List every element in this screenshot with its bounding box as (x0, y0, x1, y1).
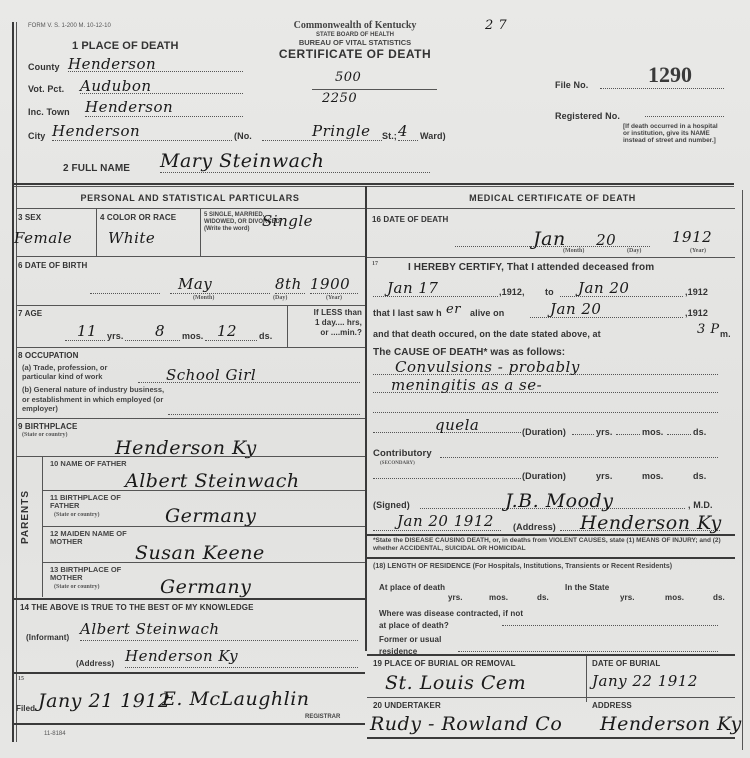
signed-date-value: Jan 20 1912 (397, 512, 494, 530)
ward-value: 4 (398, 122, 408, 140)
row-line (42, 490, 365, 491)
occupation-a-label: (a) Trade, profession, or particular kin… (22, 363, 137, 381)
row-line (367, 257, 735, 258)
medical-heading: MEDICAL CERTIFICATE OF DEATH (370, 193, 735, 203)
death-year-value: 1912 (672, 228, 712, 246)
number-divider (312, 89, 437, 90)
stamp-mark: 2 7 (485, 18, 507, 33)
no-label: (No. (234, 131, 252, 141)
dob-year-value: 1900 (310, 275, 350, 293)
father-birthplace-label: 11 BIRTHPLACE OF FATHER (50, 494, 140, 510)
attended-to-field: Jan 20 (560, 279, 683, 297)
cause-line-4-value: quela (435, 416, 479, 434)
informant-heading: 14 THE ABOVE IS TRUE TO THE BEST OF MY K… (20, 603, 254, 612)
color-value: White (108, 229, 155, 247)
occupation-b-label: (b) General nature of industry business,… (22, 385, 172, 414)
informant-address-label: (Address) (76, 659, 114, 668)
left-border-inner (16, 22, 17, 742)
less-than-line3: or ....min.? (292, 328, 362, 338)
father-birthplace-value: Germany (165, 505, 256, 527)
to-label: to (545, 287, 554, 297)
row-line (16, 305, 365, 306)
registered-no-field (645, 106, 724, 117)
less-than-line2: 1 day.... hrs, (292, 318, 362, 328)
inc-town-field: Henderson (85, 98, 243, 117)
county-label: County (28, 62, 60, 72)
year-caption: (Year) (326, 295, 342, 301)
death-certificate: FORM V. S. 1-200 M. 10-12-10 Commonwealt… (0, 0, 750, 758)
full-name-value: Mary Steinwach (160, 150, 324, 172)
right-border (742, 190, 743, 750)
cause-line-3 (373, 396, 718, 413)
death-year-caption: (Year) (690, 248, 706, 254)
last-saw-date-field: Jan 20 (530, 300, 683, 318)
row-line (42, 562, 365, 563)
cause-yrs: yrs. (596, 427, 612, 437)
ward-label: Ward) (420, 131, 446, 141)
age-days-value: 12 (217, 322, 237, 340)
signed-value: J.B. Moody (505, 490, 613, 512)
informant-address-value: Henderson Ky (125, 647, 238, 665)
residence-in-state: In the State (565, 582, 615, 593)
dur-mos-blank (616, 432, 640, 435)
personal-heading: PERSONAL AND STATISTICAL PARTICULARS (16, 193, 364, 203)
row-line-bold (367, 557, 735, 559)
less-than-box: If LESS than 1 day.... hrs, or ....min.? (292, 308, 362, 338)
file-no-value: 1290 (648, 62, 692, 88)
age-months-value: 8 (155, 322, 165, 340)
informant-label: (Informant) (26, 633, 69, 642)
row-line-bold (367, 737, 735, 739)
occupation-label: 8 OCCUPATION (18, 351, 78, 360)
signed-address-field: Henderson Ky (560, 512, 720, 531)
dur-ds-blank (667, 432, 691, 435)
occupation-b-field (168, 406, 360, 415)
hand-number-bottom: 2250 (322, 91, 357, 106)
vot-pct-field: Audubon (80, 77, 243, 94)
vot-pct-value: Audubon (80, 77, 152, 95)
row-line-bold (14, 672, 365, 674)
col-line (96, 208, 97, 256)
alive-on-label: alive on (470, 308, 504, 318)
bottom-code: 11-8184 (44, 731, 66, 737)
death-day-value: 20 (596, 231, 616, 249)
less-than-line1: If LESS than (292, 308, 362, 318)
filed-date: Jany 21 1912 (38, 690, 171, 712)
place-of-death-heading: 1 PLACE OF DEATH (72, 40, 179, 52)
ward-field: 4 (398, 122, 418, 141)
row-line (16, 208, 365, 209)
dur-yrs-blank (572, 432, 594, 435)
informant-field: Albert Steinwach (80, 620, 358, 641)
mother-birthplace-value: Germany (160, 576, 251, 598)
parents-label: PARENTS (20, 490, 31, 544)
full-name-label: 2 FULL NAME (63, 163, 130, 174)
row-line (367, 697, 735, 698)
cause-line-2-value: meningitis as a se- (391, 376, 542, 394)
residence-at-place: At place of death (379, 582, 449, 593)
last-saw-label: that I last saw h (373, 308, 442, 318)
dob-blank (90, 283, 160, 294)
footnote: *State the DISEASE CAUSING DEATH, or, in… (373, 537, 733, 553)
attended-to-year: ,1912 (685, 287, 708, 297)
death-month-value: Jan (533, 228, 566, 250)
sex-value: Female (14, 229, 72, 247)
sex-label: 3 SEX (18, 213, 41, 222)
attended-from-value: Jan 17 (387, 279, 438, 297)
burial-date-value: Jany 22 1912 (592, 672, 698, 690)
mother-birthplace-sub: (State or country) (54, 584, 100, 590)
death-time-suffix: m. (720, 329, 731, 339)
col-line (287, 305, 288, 347)
death-day-caption: (Day) (627, 248, 641, 254)
signed-date-field: Jan 20 1912 (373, 512, 501, 531)
contributory-line-2 (373, 468, 521, 479)
birthplace-sub: (State or country) (22, 432, 68, 438)
father-name-label: 10 NAME OF FATHER (50, 460, 130, 468)
cause-label: The CAUSE OF DEATH* was as follows: (373, 347, 565, 358)
mother-name-value: Susan Keene (135, 542, 265, 564)
bureau-text: BUREAU OF VITAL STATISTICS (250, 39, 460, 47)
mother-birthplace-label: 13 BIRTHPLACE OF MOTHER (50, 566, 140, 582)
dob-label: 6 DATE OF BIRTH (18, 261, 87, 270)
certify-number: 17 (372, 261, 378, 267)
file-no-label: File No. (555, 80, 588, 90)
col-line (586, 656, 587, 702)
month-caption: (Month) (193, 295, 214, 301)
age-label: 7 AGE (18, 309, 42, 318)
row-line (16, 347, 365, 348)
last-saw-pronoun: er (446, 302, 461, 317)
cause-line-4: quela (373, 416, 521, 433)
informant-value: Albert Steinwach (80, 620, 220, 638)
burial-value: St. Louis Cem (385, 672, 526, 694)
city-field: Henderson (52, 122, 232, 141)
age-years-value: 11 (77, 322, 97, 340)
age-years-field: 11 (65, 322, 105, 341)
death-month-field: Jan 20 (455, 228, 650, 247)
form-number: FORM V. S. 1-200 M. 10-12-10 (28, 23, 111, 29)
res-mos: mos. (489, 593, 508, 602)
undertaker-address-value: Henderson Ky (600, 713, 742, 735)
divider-top-2 (14, 186, 734, 187)
death-month-caption: (Month) (563, 248, 584, 254)
row-line-bold (14, 598, 365, 600)
color-label: 4 COLOR OR RACE (100, 213, 176, 222)
death-time-value: 3 P (697, 322, 720, 337)
hand-number-top: 500 (335, 70, 361, 85)
county-field: Henderson (68, 55, 243, 72)
attended-to-value: Jan 20 (578, 279, 629, 297)
contrib-ds: ds. (693, 471, 706, 481)
row-line-bold (367, 534, 735, 536)
father-name-value: Albert Steinwach (125, 470, 300, 492)
undertaker-label: 20 UNDERTAKER (373, 701, 441, 710)
row-line (16, 456, 365, 457)
state-mos: mos. (665, 593, 684, 602)
dob-month-value: May (178, 275, 212, 293)
burial-label: 19 PLACE OF BURIAL OR REMOVAL (373, 659, 516, 668)
attended-from-year: ,1912, (499, 287, 525, 297)
registered-no-label: Registered No. (555, 111, 620, 121)
undertaker-value: Rudy - Rowland Co (370, 713, 562, 735)
state-ds: ds. (713, 593, 725, 602)
former-residence-field (458, 643, 718, 652)
occupation-a-field: School Girl (138, 366, 360, 383)
signed-label: (Signed) (373, 500, 410, 510)
day-caption: (Day) (273, 295, 287, 301)
street-value: Pringle (312, 122, 371, 140)
dob-month-field: May (170, 275, 270, 294)
residence-label: (18) LENGTH OF RESIDENCE (For Hospitals,… (373, 563, 728, 571)
full-name-field: Mary Steinwach (160, 150, 430, 173)
cause-line-1: Convulsions - probably (373, 358, 718, 375)
date-of-death-label: 16 DATE OF DEATH (372, 215, 448, 224)
county-value: Henderson (68, 55, 156, 73)
row-line-bold (367, 654, 735, 656)
state-yrs: yrs. (620, 593, 635, 602)
marital-value: Single (262, 212, 313, 230)
birthplace-label: 9 BIRTHPLACE (18, 422, 77, 431)
city-label: City (28, 131, 45, 141)
city-value: Henderson (52, 122, 140, 140)
center-divider (365, 186, 367, 651)
attended-from-field: Jan 17 (373, 279, 498, 297)
registrar-label: REGISTRAR (305, 713, 340, 721)
certificate-header: Commonwealth of Kentucky STATE BOARD OF … (250, 20, 460, 61)
cause-line-2: meningitis as a se- (373, 376, 718, 393)
informant-address-field: Henderson Ky (125, 647, 358, 668)
last-saw-year: ,1912 (685, 308, 708, 318)
md-suffix: , M.D. (688, 500, 713, 510)
inc-town-label: Inc. Town (28, 107, 70, 117)
dob-day-value: 8th (275, 275, 302, 293)
vot-pct-label: Vot. Pct. (28, 84, 64, 94)
mos-caption: mos. (182, 331, 203, 341)
left-border (12, 22, 14, 742)
filed-label: Filed (16, 704, 35, 713)
commonwealth-text: Commonwealth of Kentucky (250, 20, 460, 31)
hospital-note: [If death occurred in a hospital or inst… (623, 123, 725, 144)
ds-caption: ds. (259, 331, 272, 341)
father-birthplace-sub: (State or country) (54, 512, 100, 518)
registrar-name: E. McLaughlin (162, 688, 310, 710)
filed-number: 15 (18, 676, 24, 682)
signed-address-value: Henderson Ky (580, 512, 722, 534)
contributory-label: Contributory (373, 448, 432, 459)
occupation-a-value: School Girl (166, 366, 256, 384)
signed-field: J.B. Moody (420, 490, 685, 509)
dob-year-field: 1900 (310, 275, 358, 294)
st-label: St.; (382, 131, 397, 141)
inc-town-value: Henderson (85, 98, 173, 116)
street-field: Pringle (262, 122, 382, 141)
cause-mos: mos. (642, 427, 663, 437)
yrs-caption: yrs. (107, 331, 123, 341)
certificate-title: CERTIFICATE OF DEATH (250, 47, 460, 61)
contracted-field (502, 617, 718, 626)
contrib-yrs: yrs. (596, 471, 612, 481)
contributory-duration-label: (Duration) (522, 471, 566, 481)
row-line (16, 418, 365, 419)
row-line-bold (14, 723, 365, 725)
contrib-mos: mos. (642, 471, 663, 481)
row-line (42, 526, 365, 527)
dob-day-field: 8th (275, 275, 305, 294)
cause-duration-label: (Duration) (522, 427, 566, 437)
col-line (200, 208, 201, 256)
certify-text: I HEREBY CERTIFY, That I attended deceas… (408, 262, 654, 273)
occurred-text: and that death occured, on the date stat… (373, 329, 601, 339)
res-ds: ds. (537, 593, 549, 602)
row-line (367, 208, 735, 209)
row-line (16, 256, 365, 257)
undertaker-address-label: ADDRESS (592, 701, 632, 710)
cause-ds: ds. (693, 427, 706, 437)
age-days-field: 12 (205, 322, 257, 341)
signed-address-label: (Address) (513, 522, 556, 532)
divider-top (14, 183, 734, 185)
age-months-field: 8 (125, 322, 180, 341)
contributory-sub: (SECONDARY) (380, 461, 415, 466)
cause-line-1-value: Convulsions - probably (395, 358, 580, 376)
last-saw-date-value: Jan 20 (550, 300, 601, 318)
burial-date-label: DATE OF BURIAL (592, 659, 660, 668)
res-yrs: yrs. (448, 593, 463, 602)
contributory-field (440, 446, 718, 458)
